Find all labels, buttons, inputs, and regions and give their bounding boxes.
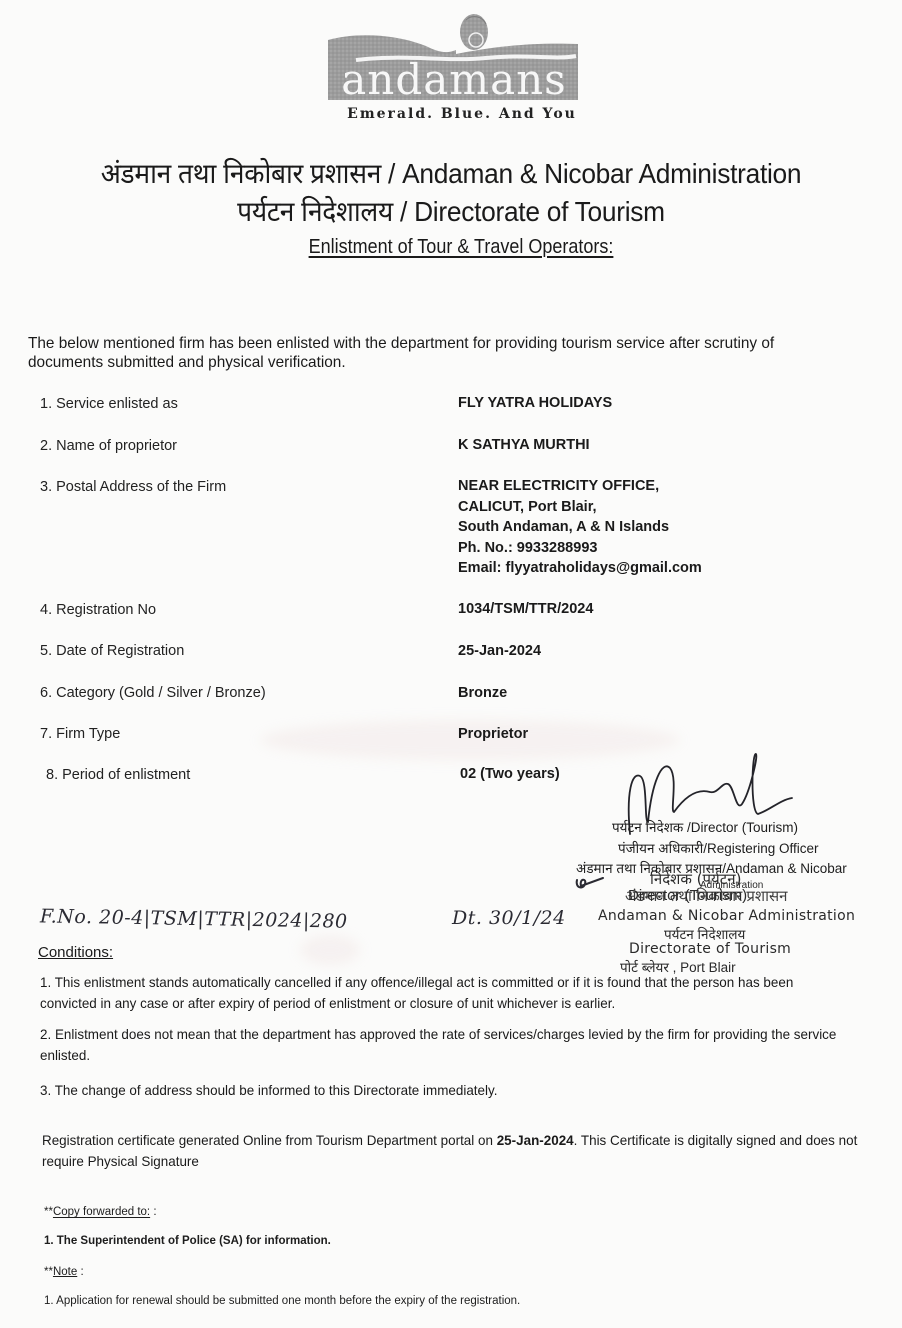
detail-value-registration-no: 1034/TSM/TTR/2024	[458, 599, 593, 620]
detail-value-registration-date: 25-Jan-2024	[458, 641, 541, 662]
note-text: Registration certificate generated Onlin…	[42, 1132, 497, 1148]
paper-stain	[300, 935, 360, 965]
note-heading: **Note :	[44, 1266, 84, 1278]
condition-item: 1. This enlistment stands automatically …	[40, 972, 846, 1014]
stamp-directorate: Directorate of Tourism	[629, 941, 791, 957]
detail-label-firm-type: 7. Firm Type	[40, 726, 120, 742]
detail-label-proprietor: 2. Name of proprietor	[40, 438, 177, 454]
detail-value-service: FLY YATRA HOLIDAYS	[458, 393, 612, 414]
copy-forwarded-item: 1. The Superintendent of Police (SA) for…	[44, 1235, 331, 1247]
phone-number: Ph. No.: 9933288993	[458, 538, 702, 559]
logo-tagline: Emerald. Blue. And You	[326, 106, 598, 122]
stamp-administration: Andaman & Nicobar Administration	[598, 908, 855, 924]
condition-item: 2. Enlistment does not mean that the dep…	[40, 1024, 846, 1066]
generated-date: 25-Jan-2024	[497, 1132, 574, 1148]
detail-value-category: Bronze	[458, 683, 507, 704]
andamans-logo: andamans	[326, 10, 582, 102]
stamp-administration-hindi: अंडमान तथा निकोबार प्रशासन	[625, 886, 787, 906]
detail-value-firm-type: Proprietor	[458, 724, 528, 745]
colon: :	[150, 1206, 156, 1218]
detail-label-service: 1. Service enlisted as	[40, 396, 178, 412]
handwritten-date: Dt. 30/1/24	[452, 907, 566, 929]
detail-label-address: 3. Postal Address of the Firm	[40, 479, 226, 495]
asterisks: **	[44, 1206, 53, 1218]
shell-icon: andamans	[326, 10, 582, 102]
detail-label-category: 6. Category (Gold / Silver / Bronze)	[40, 685, 266, 701]
condition-item: 3. The change of address should be infor…	[40, 1080, 846, 1101]
detail-value-address: NEAR ELECTRICITY OFFICE, CALICUT, Port B…	[458, 476, 702, 579]
signatory-title-director: पर्यटन निदेशक /Director (Tourism)	[612, 818, 798, 836]
detail-label-registration-no: 4. Registration No	[40, 602, 156, 618]
address-line: NEAR ELECTRICITY OFFICE,	[458, 476, 702, 497]
svg-text:andamans: andamans	[341, 55, 567, 102]
signatory-title-officer: पंजीयन अधिकारी/Registering Officer	[618, 839, 819, 857]
address-line: CALICUT, Port Blair,	[458, 497, 702, 518]
note-item: 1. Application for renewal should be sub…	[44, 1295, 520, 1307]
detail-label-registration-date: 5. Date of Registration	[40, 643, 184, 659]
intro-paragraph: The below mentioned firm has been enlist…	[28, 334, 844, 372]
directorate-heading: पर्यटन निदेशालय / Directorate of Tourism	[27, 192, 875, 230]
asterisks: **	[44, 1266, 53, 1278]
conditions-heading: Conditions:	[38, 944, 113, 961]
email-address: Email: flyyatraholidays@gmail.com	[458, 558, 702, 579]
copy-forwarded-title: Copy forwarded to:	[53, 1206, 150, 1218]
note-title: Note	[53, 1266, 77, 1278]
detail-value-proprietor: K SATHYA MURTHI	[458, 435, 590, 456]
document-subtitle: Enlistment of Tour & Travel Operators:	[46, 236, 876, 259]
address-line: South Andaman, A & N Islands	[458, 517, 702, 538]
administration-heading: अंडमान तथा निकोबार प्रशासन / Andaman & N…	[27, 154, 875, 192]
detail-value-period: 02 (Two years)	[460, 764, 560, 785]
detail-label-period: 8. Period of enlistment	[46, 767, 190, 783]
digital-signature-note: Registration certificate generated Onlin…	[42, 1130, 868, 1172]
colon: :	[77, 1266, 83, 1278]
handwritten-file-number: F.No. 20-4|TSM|TTR|2024|280	[40, 905, 348, 932]
copy-forwarded-heading: **Copy forwarded to: :	[44, 1206, 157, 1218]
initials-mark	[573, 874, 607, 894]
